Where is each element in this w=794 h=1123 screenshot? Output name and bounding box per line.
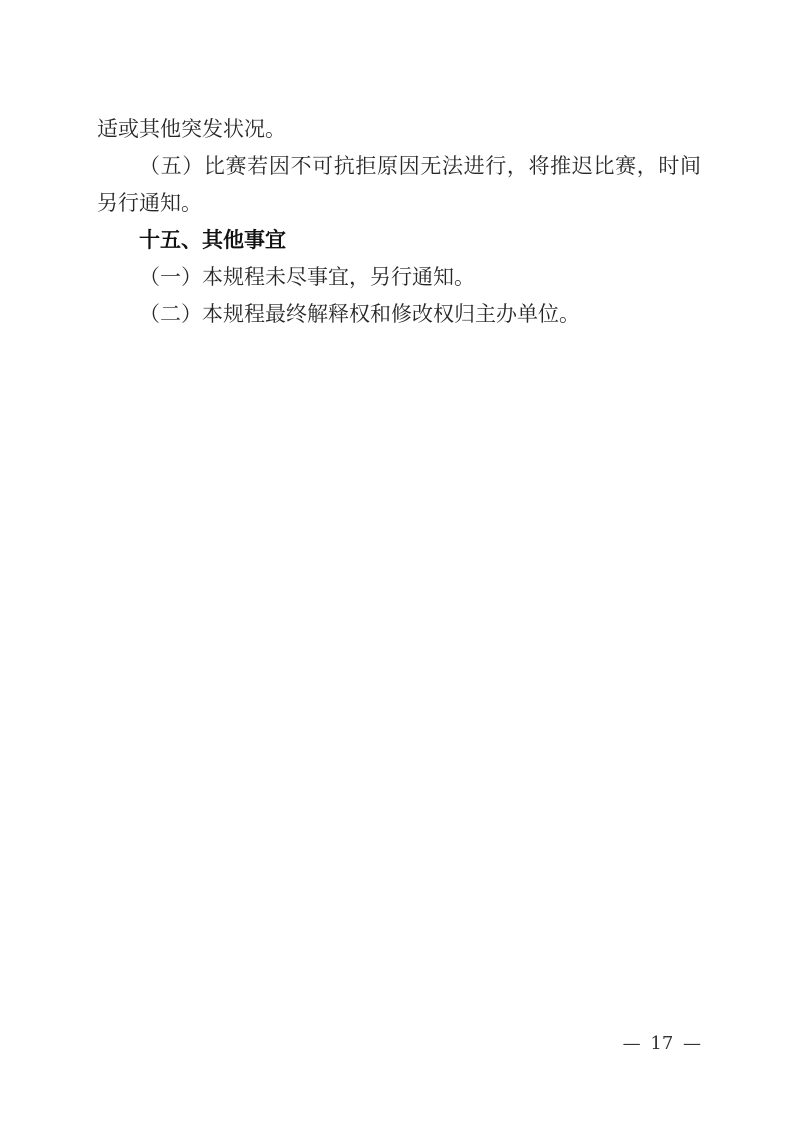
page-number: — 17 — — [623, 1031, 701, 1057]
paragraph-item-5: （五）比赛若因不可抗拒原因无法进行，将推迟比赛，时间另行通知。 — [97, 148, 701, 222]
document-body: 适或其他突发状况。 （五）比赛若因不可抗拒原因无法进行，将推迟比赛，时间另行通知… — [0, 111, 794, 333]
section-heading: 十五、其他事宜 — [97, 222, 701, 259]
document-page: 适或其他突发状况。 （五）比赛若因不可抗拒原因无法进行，将推迟比赛，时间另行通知… — [0, 0, 794, 1123]
paragraph-item-2: （二）本规程最终解释权和修改权归主办单位。 — [97, 296, 701, 333]
paragraph-continuation: 适或其他突发状况。 — [97, 111, 701, 148]
paragraph-item-1: （一）本规程未尽事宜，另行通知。 — [97, 259, 701, 296]
